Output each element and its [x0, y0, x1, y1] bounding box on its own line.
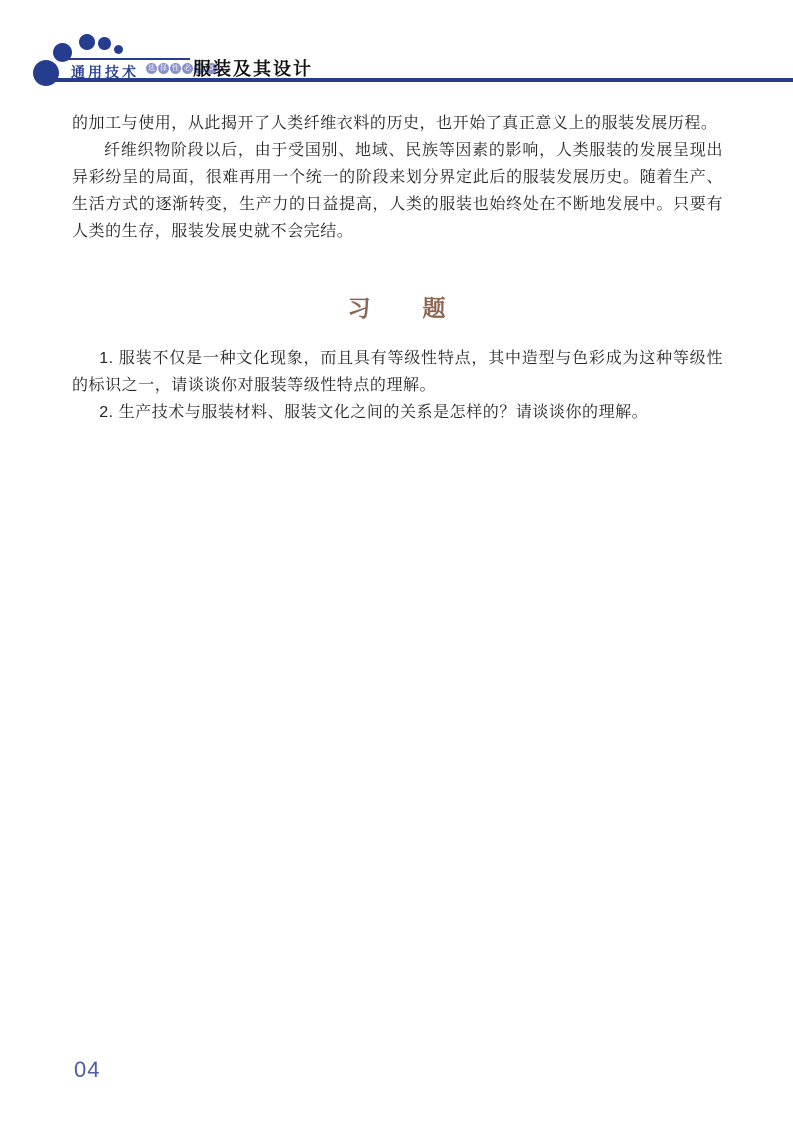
body-text-block: 的加工与使用，从此揭开了人类纤维衣料的历史，也开始了真正意义上的服装发展历程。 … [72, 110, 723, 245]
header-divider [40, 78, 793, 82]
exercise-questions: 1. 服装不仅是一种文化现象，而且具有等级性特点，其中造型与色彩成为这种等级性的… [72, 345, 723, 426]
logo-dot [79, 34, 95, 50]
exercise-heading: 习 题 [72, 290, 723, 323]
logo-dot-small [114, 45, 123, 54]
edition-badge-char: 必 [182, 63, 193, 74]
edition-badge-char: 择 [158, 63, 169, 74]
exercise-question: 2. 生产技术与服装材料、服装文化之间的关系是怎样的？请谈谈你的理解。 [72, 399, 723, 426]
exercise-question: 1. 服装不仅是一种文化现象，而且具有等级性特点，其中造型与色彩成为这种等级性的… [72, 345, 723, 399]
logo-dot [98, 37, 111, 50]
edition-badge-char: 性 [170, 63, 181, 74]
logo-dot-large [33, 60, 59, 86]
series-label-overline [66, 58, 190, 60]
body-paragraph: 纤维织物阶段以后，由于受国别、地域、民族等因素的影响，人类服装的发展呈现出异彩纷… [72, 137, 723, 245]
body-paragraph: 的加工与使用，从此揭开了人类纤维衣料的历史，也开始了真正意义上的服装发展历程。 [72, 110, 723, 137]
page-number: 04 [74, 1057, 100, 1083]
textbook-page: 通用技术 选 择 性 必 修 5 服装及其设计 的加工与使用，从此揭开了人类纤维… [0, 0, 793, 1123]
edition-badge-char: 选 [146, 63, 157, 74]
